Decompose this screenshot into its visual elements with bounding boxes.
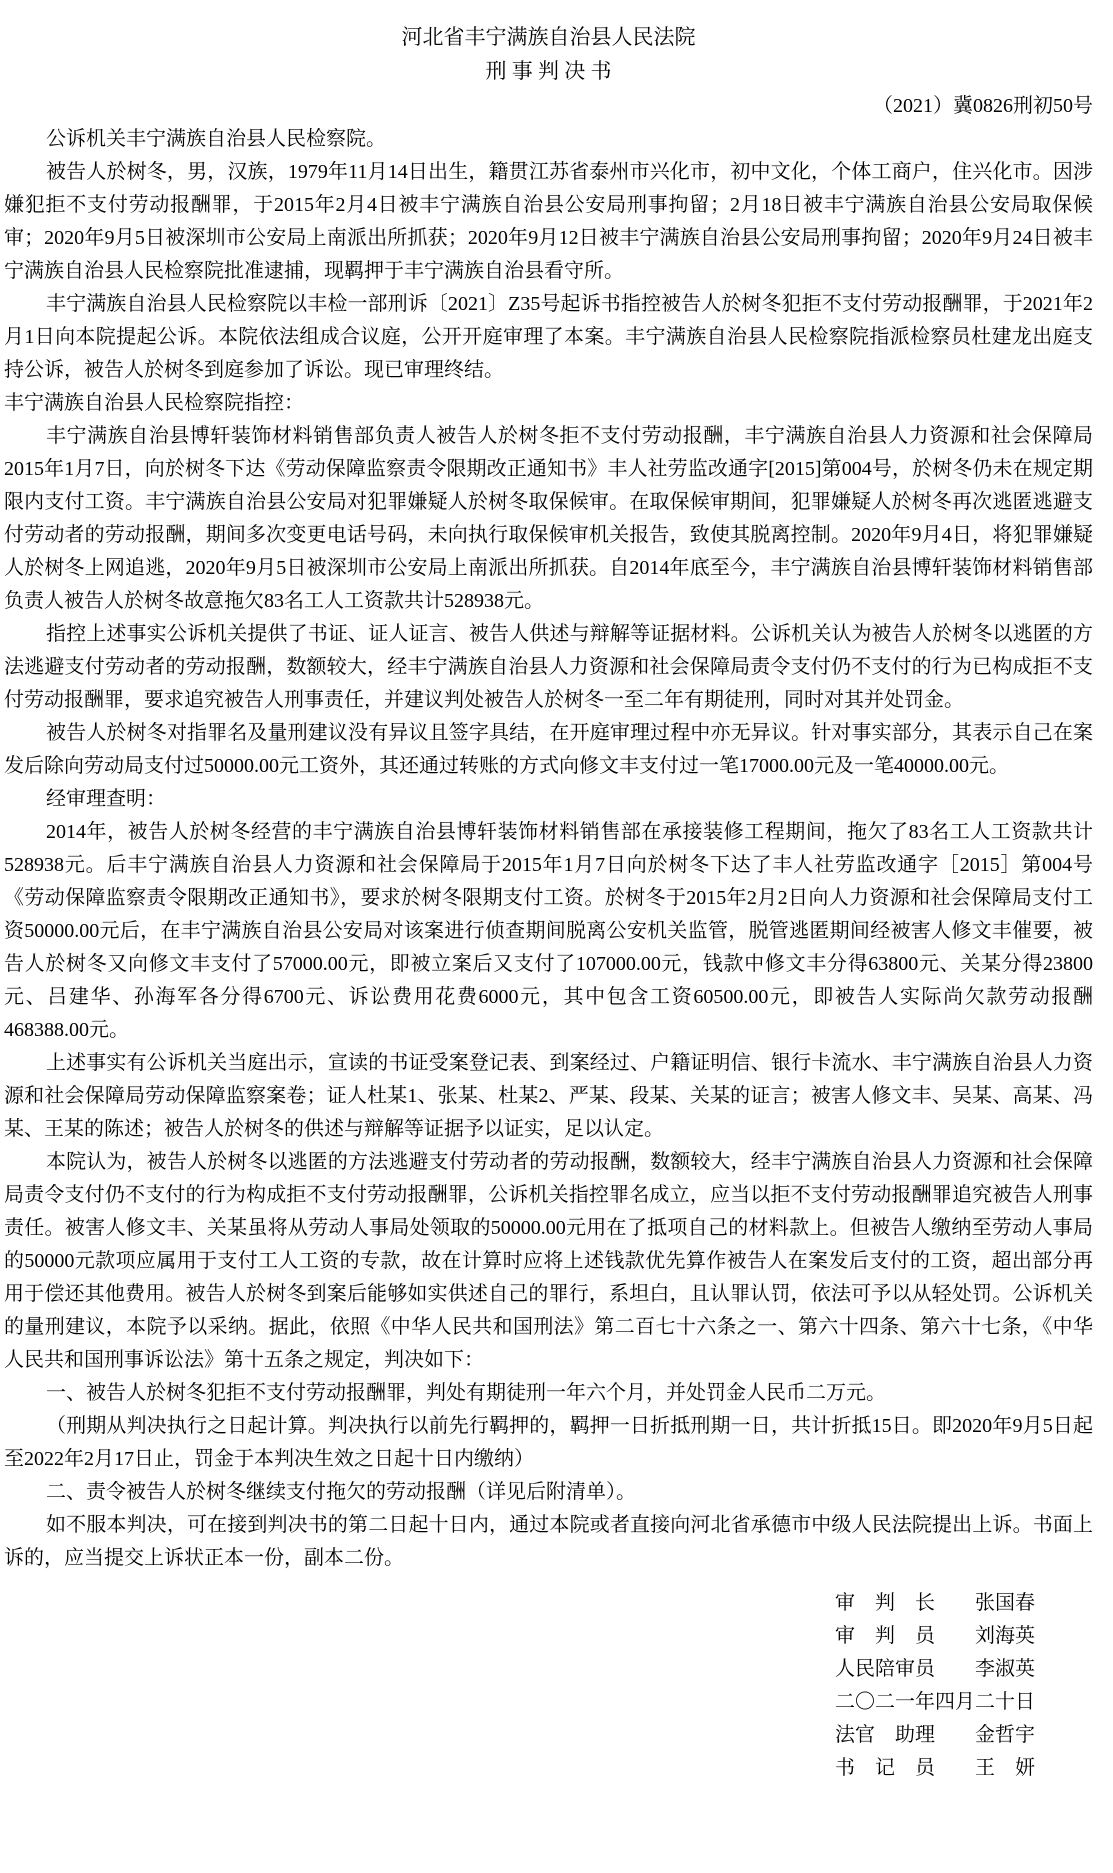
judgment-date: 二〇二一年四月二十日 [835, 1686, 1035, 1719]
document-body: 公诉机关丰宁满族自治县人民检察院。 被告人於树冬，男，汉族，1979年11月14… [4, 123, 1093, 1575]
signature-presiding-judge: 审 判 长 张国春 [835, 1587, 1035, 1620]
paragraph-findings-heading: 经审理查明： [4, 783, 1093, 816]
signature-block: 审 判 长 张国春 审 判 员 刘海英 人民陪审员 李淑英 二〇二一年四月二十日… [835, 1587, 1035, 1785]
paragraph: 公诉机关丰宁满族自治县人民检察院。 [4, 123, 1093, 156]
paragraph-term-note: （刑期从判决执行之日起计算。判决执行以前先行羁押的，羁押一日折抵刑期一日，共计折… [4, 1410, 1093, 1476]
paragraph: 2014年，被告人於树冬经营的丰宁满族自治县博轩装饰材料销售部在承接装修工程期间… [4, 816, 1093, 1047]
paragraph-prosecution-heading: 丰宁满族自治县人民检察院指控： [4, 387, 1093, 420]
paragraph: 被告人於树冬对指罪名及量刑建议没有异议且签字具结，在开庭审理过程中亦无异议。针对… [4, 717, 1093, 783]
signature-judge: 审 判 员 刘海英 [835, 1620, 1035, 1653]
document-title: 刑 事 判 决 书 [4, 54, 1093, 88]
paragraph: 本院认为，被告人於树冬以逃匿的方法逃避支付劳动者的劳动报酬，数额较大，经丰宁满族… [4, 1146, 1093, 1377]
paragraph-appeal-notice: 如不服本判决，可在接到判决书的第二日起十日内，通过本院或者直接向河北省承德市中级… [4, 1509, 1093, 1575]
judgment-document-page: 河北省丰宁满族自治县人民法院 刑 事 判 决 书 （2021）冀0826刑初50… [0, 0, 1113, 1873]
paragraph: 丰宁满族自治县人民检察院以丰检一部刑诉〔2021〕Z35号起诉书指控被告人於树冬… [4, 288, 1093, 387]
signature-judge-assistant: 法官 助理 金哲宇 [835, 1719, 1035, 1752]
paragraph: 指控上述事实公诉机关提供了书证、证人证言、被告人供述与辩解等证据材料。公诉机关认… [4, 618, 1093, 717]
court-name: 河北省丰宁满族自治县人民法院 [4, 20, 1093, 54]
paragraph-verdict-item-2: 二、责令被告人於树冬继续支付拖欠的劳动报酬（详见后附清单）。 [4, 1476, 1093, 1509]
case-number: （2021）冀0826刑初50号 [4, 90, 1093, 123]
paragraph: 丰宁满族自治县博轩装饰材料销售部负责人被告人於树冬拒不支付劳动报酬，丰宁满族自治… [4, 420, 1093, 618]
paragraph: 被告人於树冬，男，汉族，1979年11月14日出生，籍贯江苏省泰州市兴化市，初中… [4, 156, 1093, 288]
paragraph-verdict-item-1: 一、被告人於树冬犯拒不支付劳动报酬罪，判处有期徒刑一年六个月，并处罚金人民币二万… [4, 1377, 1093, 1410]
signature-people-assessor: 人民陪审员 李淑英 [835, 1653, 1035, 1686]
paragraph: 上述事实有公诉机关当庭出示，宣读的书证受案登记表、到案经过、户籍证明信、银行卡流… [4, 1047, 1093, 1146]
signature-court-clerk: 书 记 员 王 妍 [835, 1752, 1035, 1785]
